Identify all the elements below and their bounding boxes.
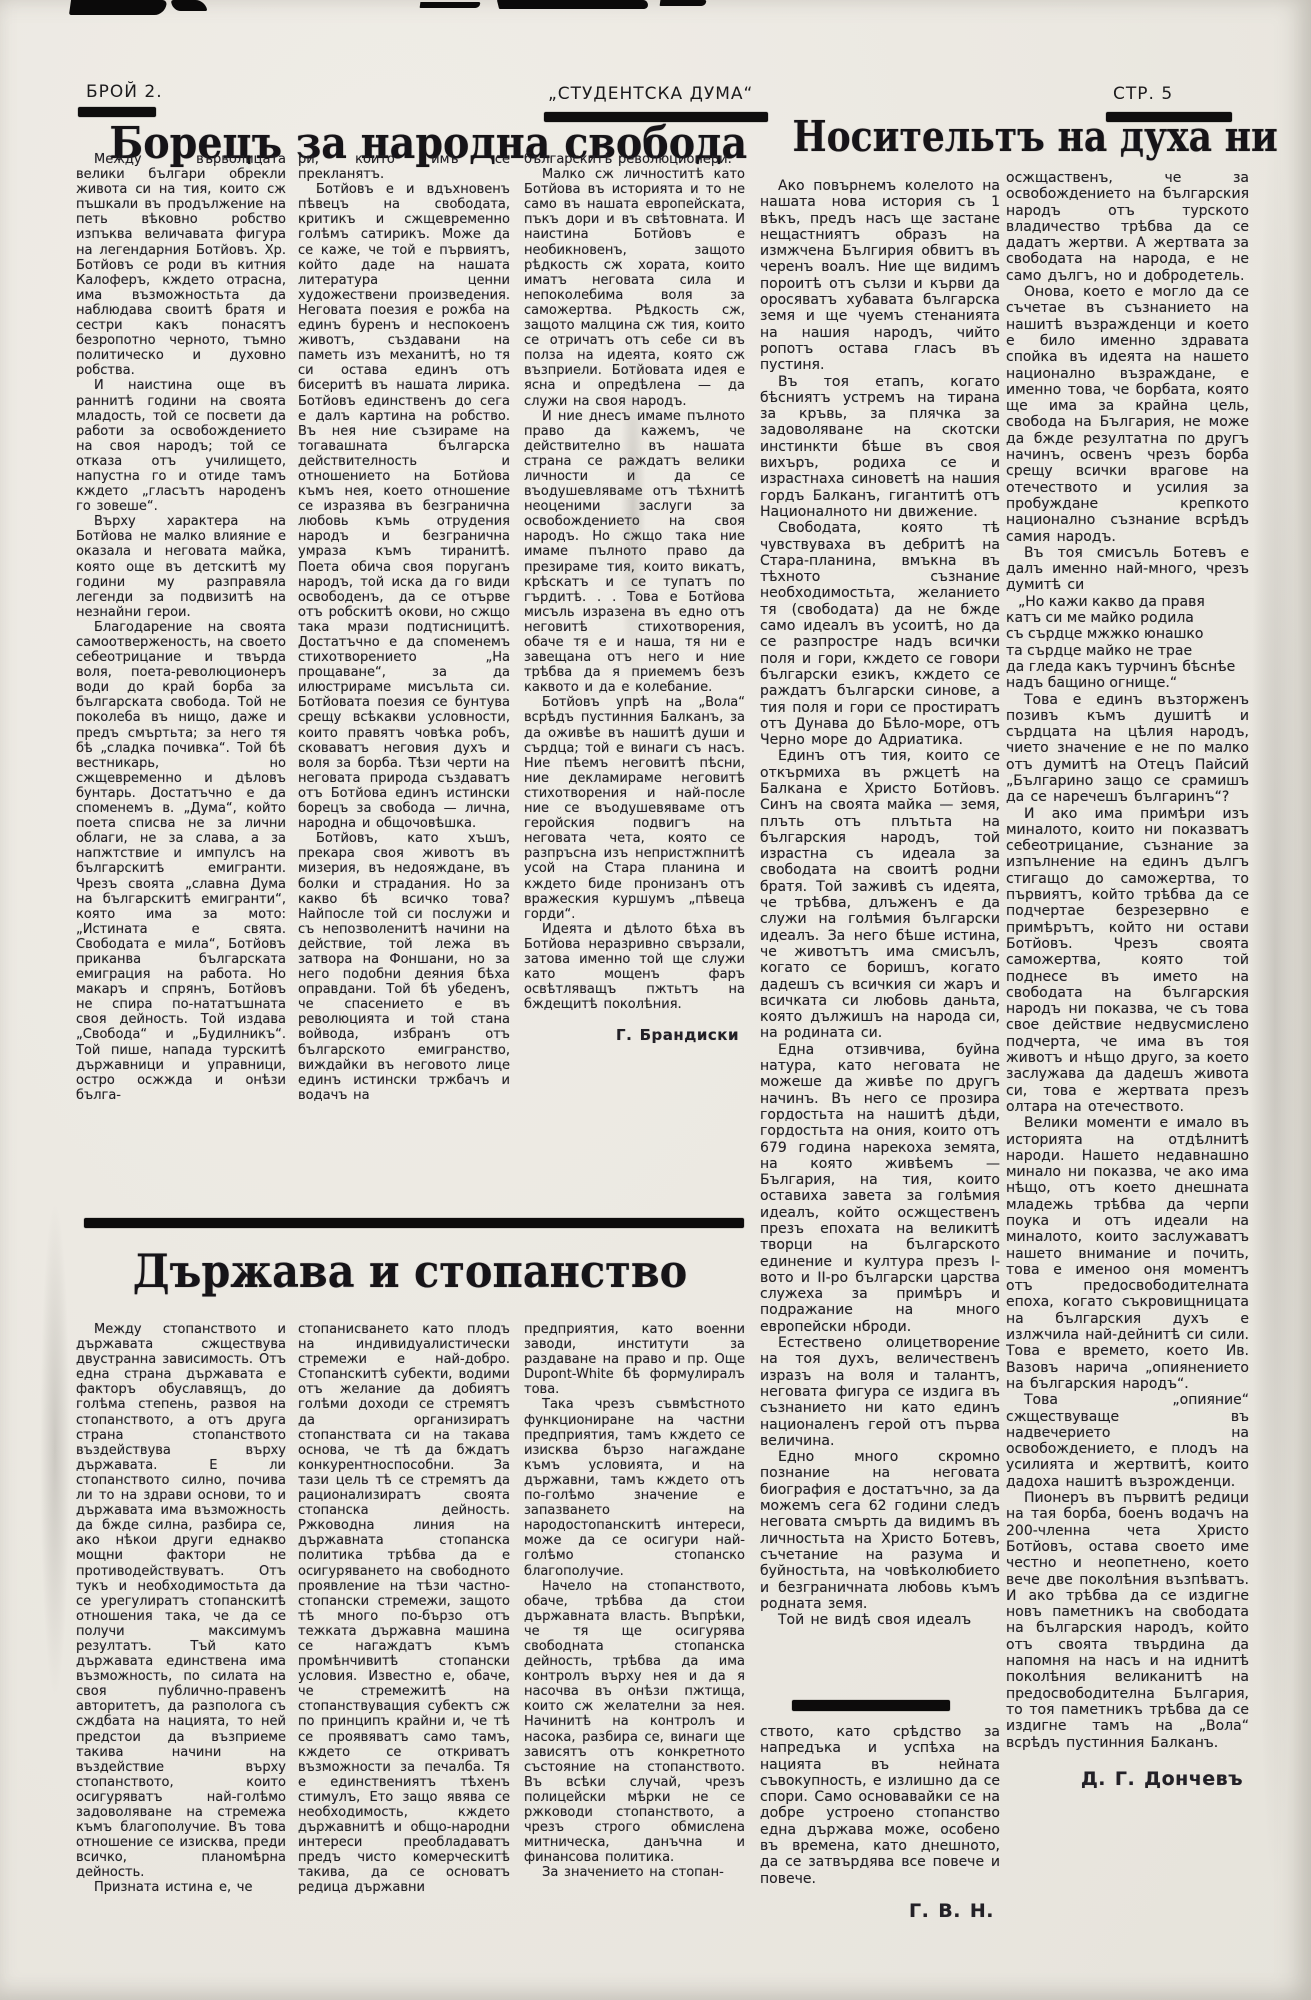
article3-title: Държава и стопанство: [109, 1244, 710, 1298]
article1-column-2: ри, които имъ се прекланятъ.Ботйовъ е и …: [298, 152, 510, 1216]
torn-ink-mark: [171, 0, 208, 11]
header-page-number: СТР. 5: [1113, 84, 1173, 104]
paragraph: Идеята и дѣлото бѣха въ Ботйова неразрив…: [524, 922, 745, 1013]
paragraph: Велики моменти е имало въ историята на о…: [1006, 1115, 1249, 1392]
article3-column-4-text: ството, като срѣдство за напредъка и усп…: [760, 1724, 1000, 1887]
torn-ink-mark: [420, 2, 481, 8]
paragraph: И ако има примѣри изъ миналото, които ни…: [1006, 806, 1249, 1116]
verse-quote: „Но кажи какво да правя катъ си ме майко…: [1006, 594, 1249, 692]
article1-signature: Г. Брандиски: [524, 1028, 745, 1043]
paragraph: стопанисването като плодъ на индивидуали…: [298, 1322, 510, 1896]
torn-ink-mark: [69, 0, 167, 15]
paragraph: И наистина още въ раннитѣ години на своя…: [76, 378, 286, 514]
paragraph: Така чрезъ съвмѣстното функциониране на …: [524, 1397, 745, 1578]
article3-column-2: стопанисването като плодъ на индивидуали…: [298, 1322, 510, 1920]
paragraph: Едно много скромно познание на неговата …: [760, 1449, 1000, 1612]
article2-title: Носительтъ на духа ни: [792, 112, 1215, 161]
article2-signature: Д. Г. Дончевъ: [1006, 1771, 1249, 1787]
paragraph: Той не видѣ своя идеалъ: [760, 1612, 1000, 1628]
header-issue-rule: [78, 107, 156, 117]
torn-ink-mark: [497, 0, 649, 9]
paragraph: Онова, което е могло да се съчетае въ съ…: [1006, 284, 1249, 545]
article3-column-4: ството, като срѣдство за напредъка и усп…: [760, 1724, 1000, 1944]
header-masthead: „СТУДЕНТСКА ДУМА“: [548, 84, 753, 104]
paragraph: Свободата, която тѣ чувствуваха въ дебри…: [760, 520, 1000, 748]
paragraph: Между върволицата велики българи обрекли…: [76, 152, 286, 378]
paragraph: Ботйовъ упрѣ на „Вола“ всрѣдъ пустинния …: [524, 695, 745, 921]
paragraph: българскитѣ революционери.: [524, 152, 745, 167]
scan-smudge: [1250, 100, 1300, 1900]
scan-smudge: [40, 1200, 70, 1700]
paragraph: осжщаственъ, че за освобождението на бъл…: [1006, 170, 1249, 284]
article1-column-1: Между върволицата велики българи обрекли…: [76, 152, 286, 1216]
article3-signature: Г. В. Н.: [760, 1903, 1000, 1919]
article3-column-1: Между стопанството и държавата сжществув…: [76, 1322, 286, 1920]
paragraph: Благодарение на своята самоотверженость,…: [76, 620, 286, 1103]
paragraph: Една отзивчива, буйна натура, като негов…: [760, 1042, 1000, 1335]
paragraph: Начело на стопанството, обаче, трѣбва да…: [524, 1579, 745, 1866]
paragraph: Пионеръ въ първитѣ редици на тая борба, …: [1006, 1490, 1249, 1751]
paragraph: Това „опияние“ сжществуваще въ надвечери…: [1006, 1392, 1249, 1490]
paragraph: Въ тоя смисъль Ботевъ е далъ именно най-…: [1006, 545, 1249, 594]
paragraph: Единъ отъ тия, които се откърмиха въ ржц…: [760, 748, 1000, 1041]
article2-column-2-text: осжщаственъ, че за освобождението на бъл…: [1006, 170, 1249, 1751]
paragraph: Върху характера на Ботйова не малко влия…: [76, 514, 286, 620]
paragraph: Призната истина е, че: [76, 1880, 286, 1895]
paragraph: предприятия, като военни заводи, институ…: [524, 1322, 745, 1397]
paragraph: Ботйовъ, като хъшъ, прекара своя животъ …: [298, 831, 510, 1103]
paragraph: Въ тоя етапъ, когато бѣсниятъ устремъ на…: [760, 374, 1000, 521]
torn-ink-mark: [660, 0, 707, 6]
header-issue-number: БРОЙ 2.: [86, 82, 163, 102]
section-divider-rule: [84, 1218, 744, 1228]
paragraph: Естествено олицетворение на тоя духъ, ве…: [760, 1335, 1000, 1449]
article-end-rule: [792, 1700, 950, 1711]
newspaper-page: БРОЙ 2. „СТУДЕНТСКА ДУМА“ СТР. 5 Борецъ …: [0, 0, 1311, 2000]
paragraph: Ботйовъ е и вдъхновенъ пѣвецъ на свобода…: [298, 182, 510, 831]
paragraph: Това е единъ възторженъ позивъ къмъ души…: [1006, 692, 1249, 806]
paragraph: Ако повърнемъ колелото на нашата нова ис…: [760, 178, 1000, 374]
article2-column-1: Ако повърнемъ колелото на нашата нова ис…: [760, 178, 1000, 1690]
paragraph: ството, като срѣдство за напредъка и усп…: [760, 1724, 1000, 1887]
article3-column-3: предприятия, като военни заводи, институ…: [524, 1322, 745, 1920]
paragraph: Между стопанството и държавата сжществув…: [76, 1322, 286, 1880]
article2-column-2: осжщаственъ, че за освобождението на бъл…: [1006, 170, 1249, 1930]
scan-smudge: [620, 300, 646, 720]
paragraph: ри, които имъ се прекланятъ.: [298, 152, 510, 182]
paragraph: За значението на стопан-: [524, 1865, 745, 1880]
